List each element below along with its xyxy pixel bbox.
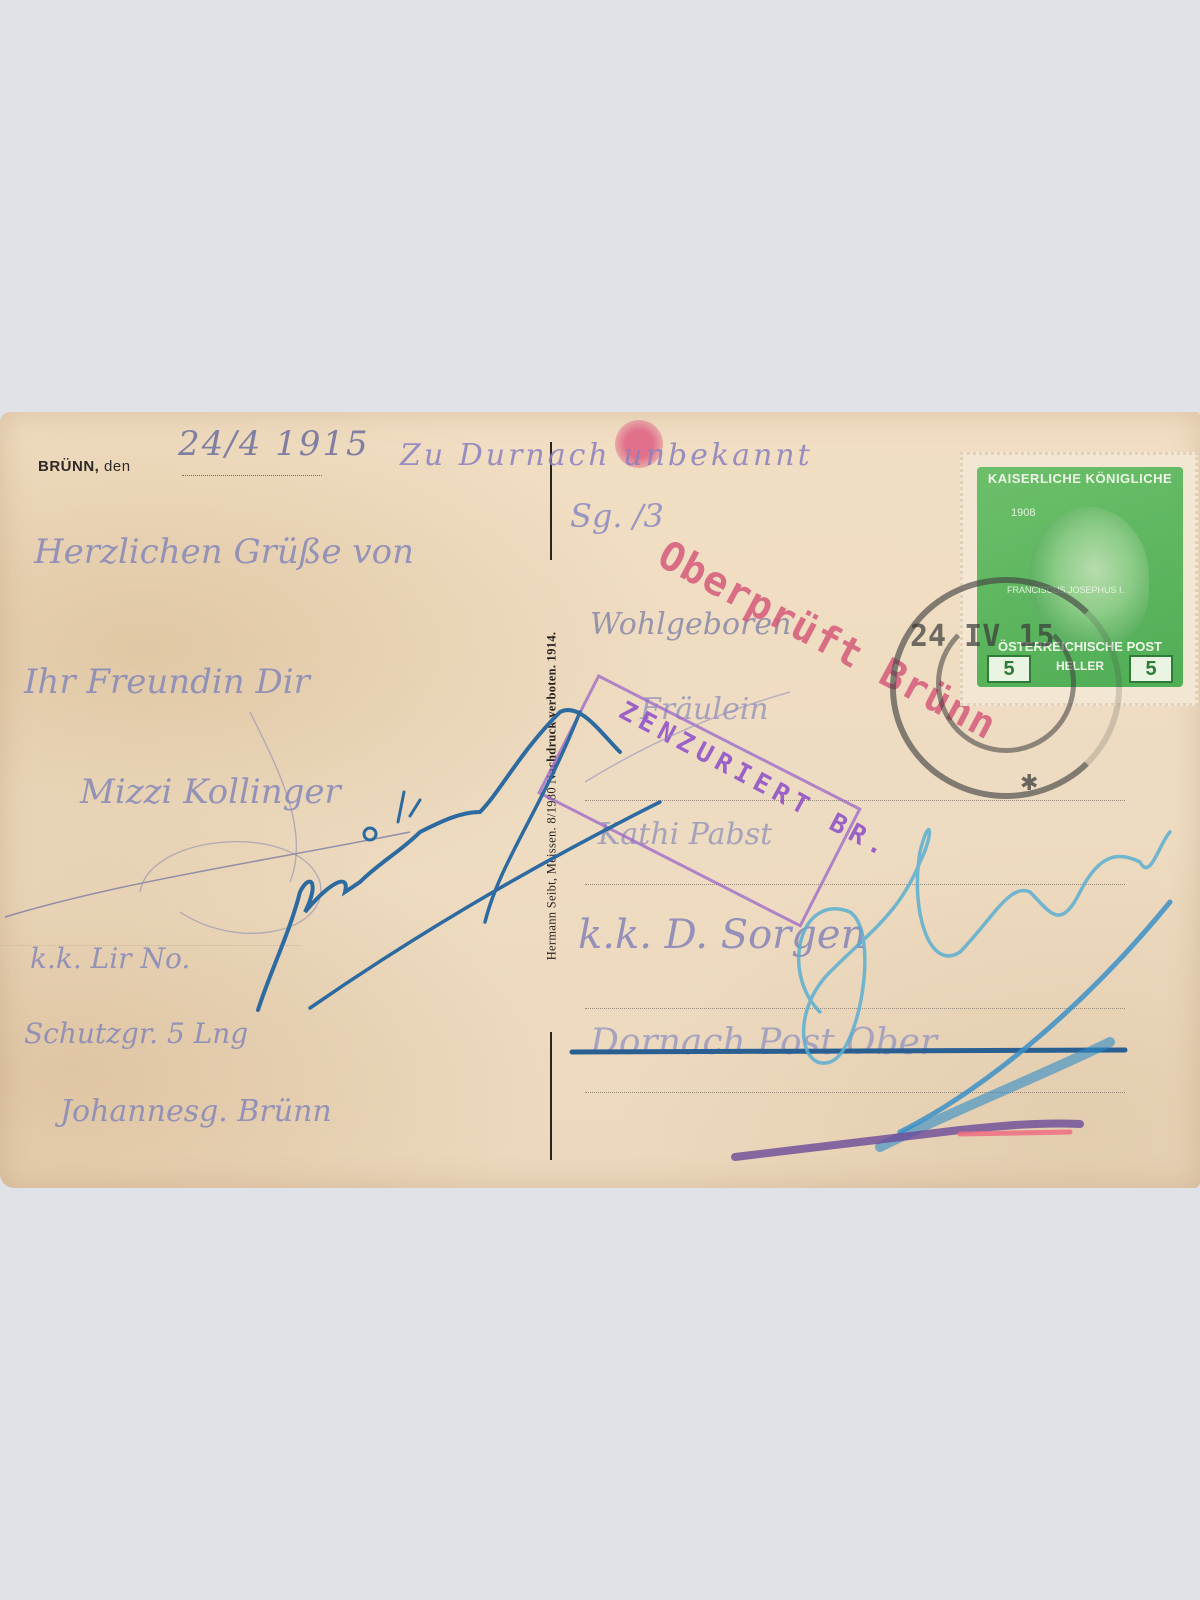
message-line: Johannesg. Brünn <box>60 1094 332 1129</box>
address-dotted-line <box>585 884 1125 885</box>
address-line: Dornach Post Ober <box>590 1022 937 1063</box>
stamp-value-right: 5 <box>1129 655 1173 683</box>
printed-header: BRÜNN, den <box>38 458 131 475</box>
message-line: Schutzgr. 5 Lng <box>24 1017 248 1050</box>
message-line: k.k. Lir No. <box>30 942 190 975</box>
postmark-date: 24 IV 15 <box>910 623 1055 651</box>
handwritten-note-top: Zu Durnach unbekannt <box>400 438 813 473</box>
stamp-year: 1908 <box>1011 507 1035 519</box>
address-line: Sg. /3 <box>570 497 664 535</box>
center-divider-bottom <box>550 1032 552 1160</box>
address-line: k.k. D. Sorgen <box>578 912 866 958</box>
address-dotted-line <box>585 1092 1125 1093</box>
den-label: den <box>104 458 131 475</box>
stamp-arc-text: KAISERLICHE KÖNIGLICHE <box>977 471 1183 486</box>
message-line: Mizzi Kollinger <box>80 772 341 812</box>
imprint-publisher: Hermann Seibt, Meissen. 8/1980 <box>545 787 559 960</box>
message-line: Herzlichen Grüße von <box>34 532 414 572</box>
date-dotted-line <box>182 475 322 476</box>
city-label: BRÜNN, <box>38 458 99 475</box>
handwritten-date: 24/4 1915 <box>178 424 370 464</box>
postcard: BRÜNN, den 24/4 1915 Herzlichen Grüße vo… <box>0 412 1200 1188</box>
postmark-star-icon: ✱ <box>1020 770 1038 796</box>
message-line: Ihr Freundin Dir <box>24 662 310 702</box>
postmark-cancel: 24 IV 15 <box>890 577 1122 799</box>
address-dotted-line <box>585 1008 1125 1009</box>
